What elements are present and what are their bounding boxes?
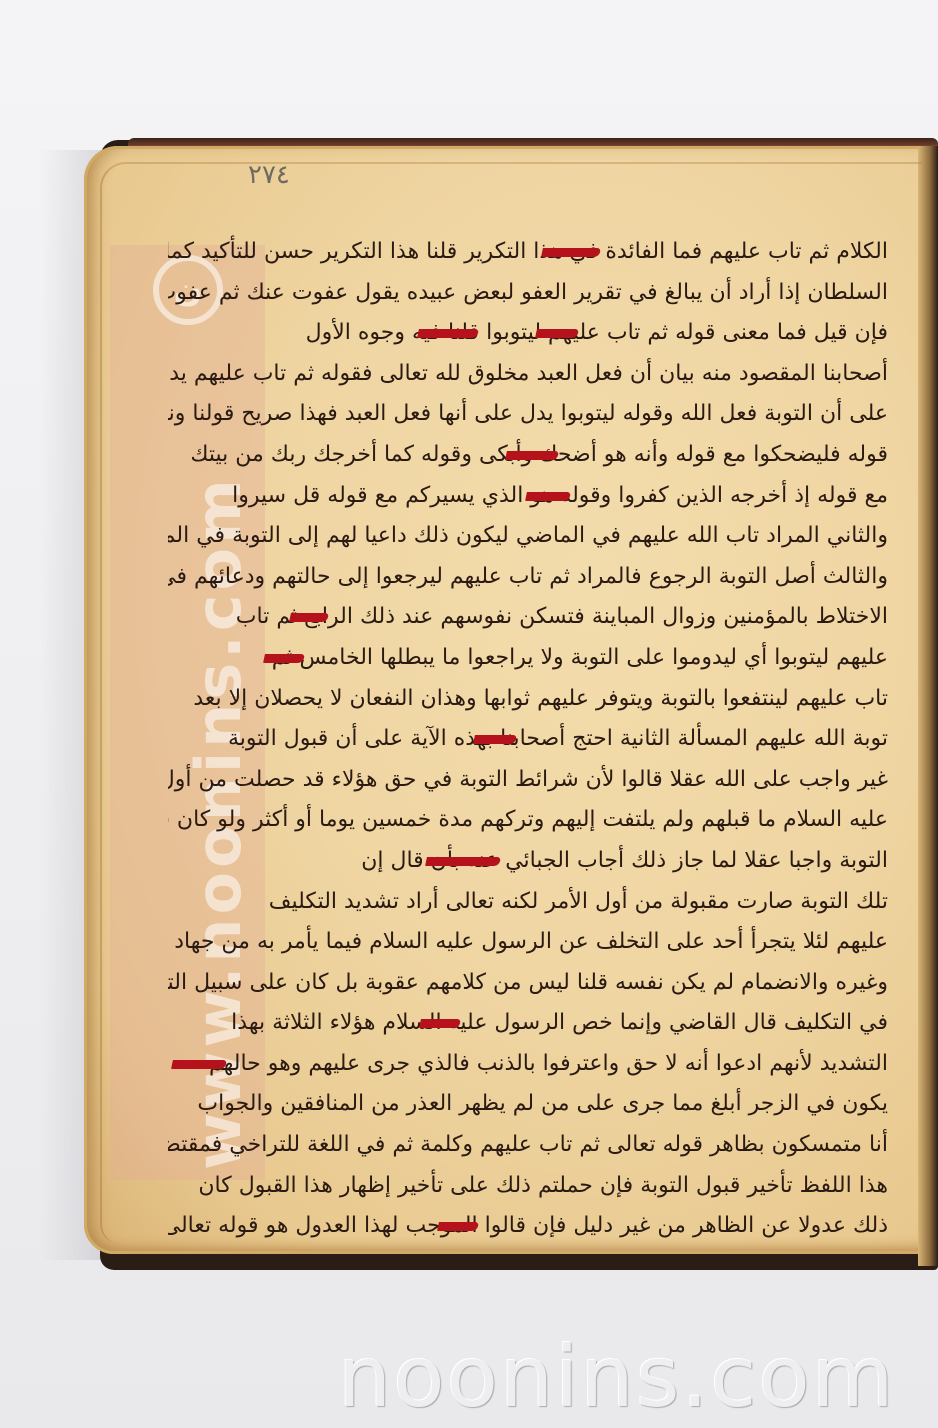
text-line: في التكليف قال القاضي وإنما خص الرسول عل… [168,1003,888,1044]
text-line: غير واجب على الله عقلا قالوا لأن شرائط ا… [168,760,888,801]
text-line: توبة الله عليهم المسألة الثانية احتج أصح… [168,719,888,760]
text-line: السلطان إذا أراد أن يبالغ في تقرير العفو… [168,273,888,314]
text-line: عليه السلام ما قبلهم ولم يلتفت إليهم وتر… [168,800,888,841]
text-line: هذا اللفظ تأخير قبول التوبة فإن حملتم ذل… [168,1166,888,1207]
text-line: التوبة واجبا عقلا لما جاز ذلك أجاب الجبا… [168,841,888,882]
red-rubric-mark [263,654,305,663]
text-line: الكلام ثم تاب عليهم فما الفائدة في هذا ا… [168,232,888,273]
red-rubric-mark [417,329,479,338]
folio-number: ٢٧٤ [248,160,290,190]
red-rubric-mark [425,857,501,866]
manuscript-text: الكلام ثم تاب عليهم فما الفائدة في هذا ا… [168,232,888,1247]
red-rubric-mark [437,1222,479,1231]
text-line: فإن قيل فما معنى قوله ثم تاب عليهم ليتوب… [168,313,888,354]
red-rubric-mark [419,1019,461,1028]
text-line: تلك التوبة صارت مقبولة من أول الأمر لكنه… [168,882,888,923]
text-line: التشديد لأنهم ادعوا أنه لا حق واعترفوا ب… [168,1044,888,1085]
text-line: أصحابنا المقصود منه بيان أن فعل العبد مخ… [168,354,888,395]
text-line: والثاني المراد تاب الله عليهم في الماضي … [168,516,888,557]
text-line: الاختلاط بالمؤمنين وزوال المباينة فتسكن … [168,597,888,638]
text-line: عليهم ليتوبوا أي ليدوموا على التوبة ولا … [168,638,888,679]
text-line: والثالث أصل التوبة الرجوع فالمراد ثم تاب… [168,557,888,598]
text-line: ذلك عدولا عن الظاهر من غير دليل فإن قالو… [168,1206,888,1247]
red-rubric-mark [535,329,579,338]
text-line: تاب عليهم لينتفعوا بالتوبة ويتوفر عليهم … [168,679,888,720]
text-line: يكون في الزجر أبلغ مما جرى على من لم يظه… [168,1084,888,1125]
text-line: وغيره والانضمام لم يكن نفسه قلنا ليس من … [168,963,888,1004]
red-rubric-mark [505,451,559,460]
red-rubric-mark [289,613,329,622]
text-line: مع قوله إذ أخرجه الذين كفروا وقوله هو ال… [168,476,888,517]
text-line: على أن التوبة فعل الله وقوله ليتوبوا يدل… [168,394,888,435]
watermark-bottom-text: noonins.com [338,1328,896,1426]
red-rubric-mark [171,1060,227,1069]
page-stack-right-edge [918,146,938,1266]
red-rubric-mark [473,735,517,744]
red-rubric-mark [525,492,571,501]
text-line: قوله فليضحكوا مع قوله وأنه هو أضحك وأبكى… [168,435,888,476]
text-line: عليهم لئلا يتجرأ أحد على التخلف عن الرسو… [168,922,888,963]
text-line: أنا متمسكون بظاهر قوله تعالى ثم تاب عليه… [168,1125,888,1166]
red-rubric-mark [541,248,601,257]
